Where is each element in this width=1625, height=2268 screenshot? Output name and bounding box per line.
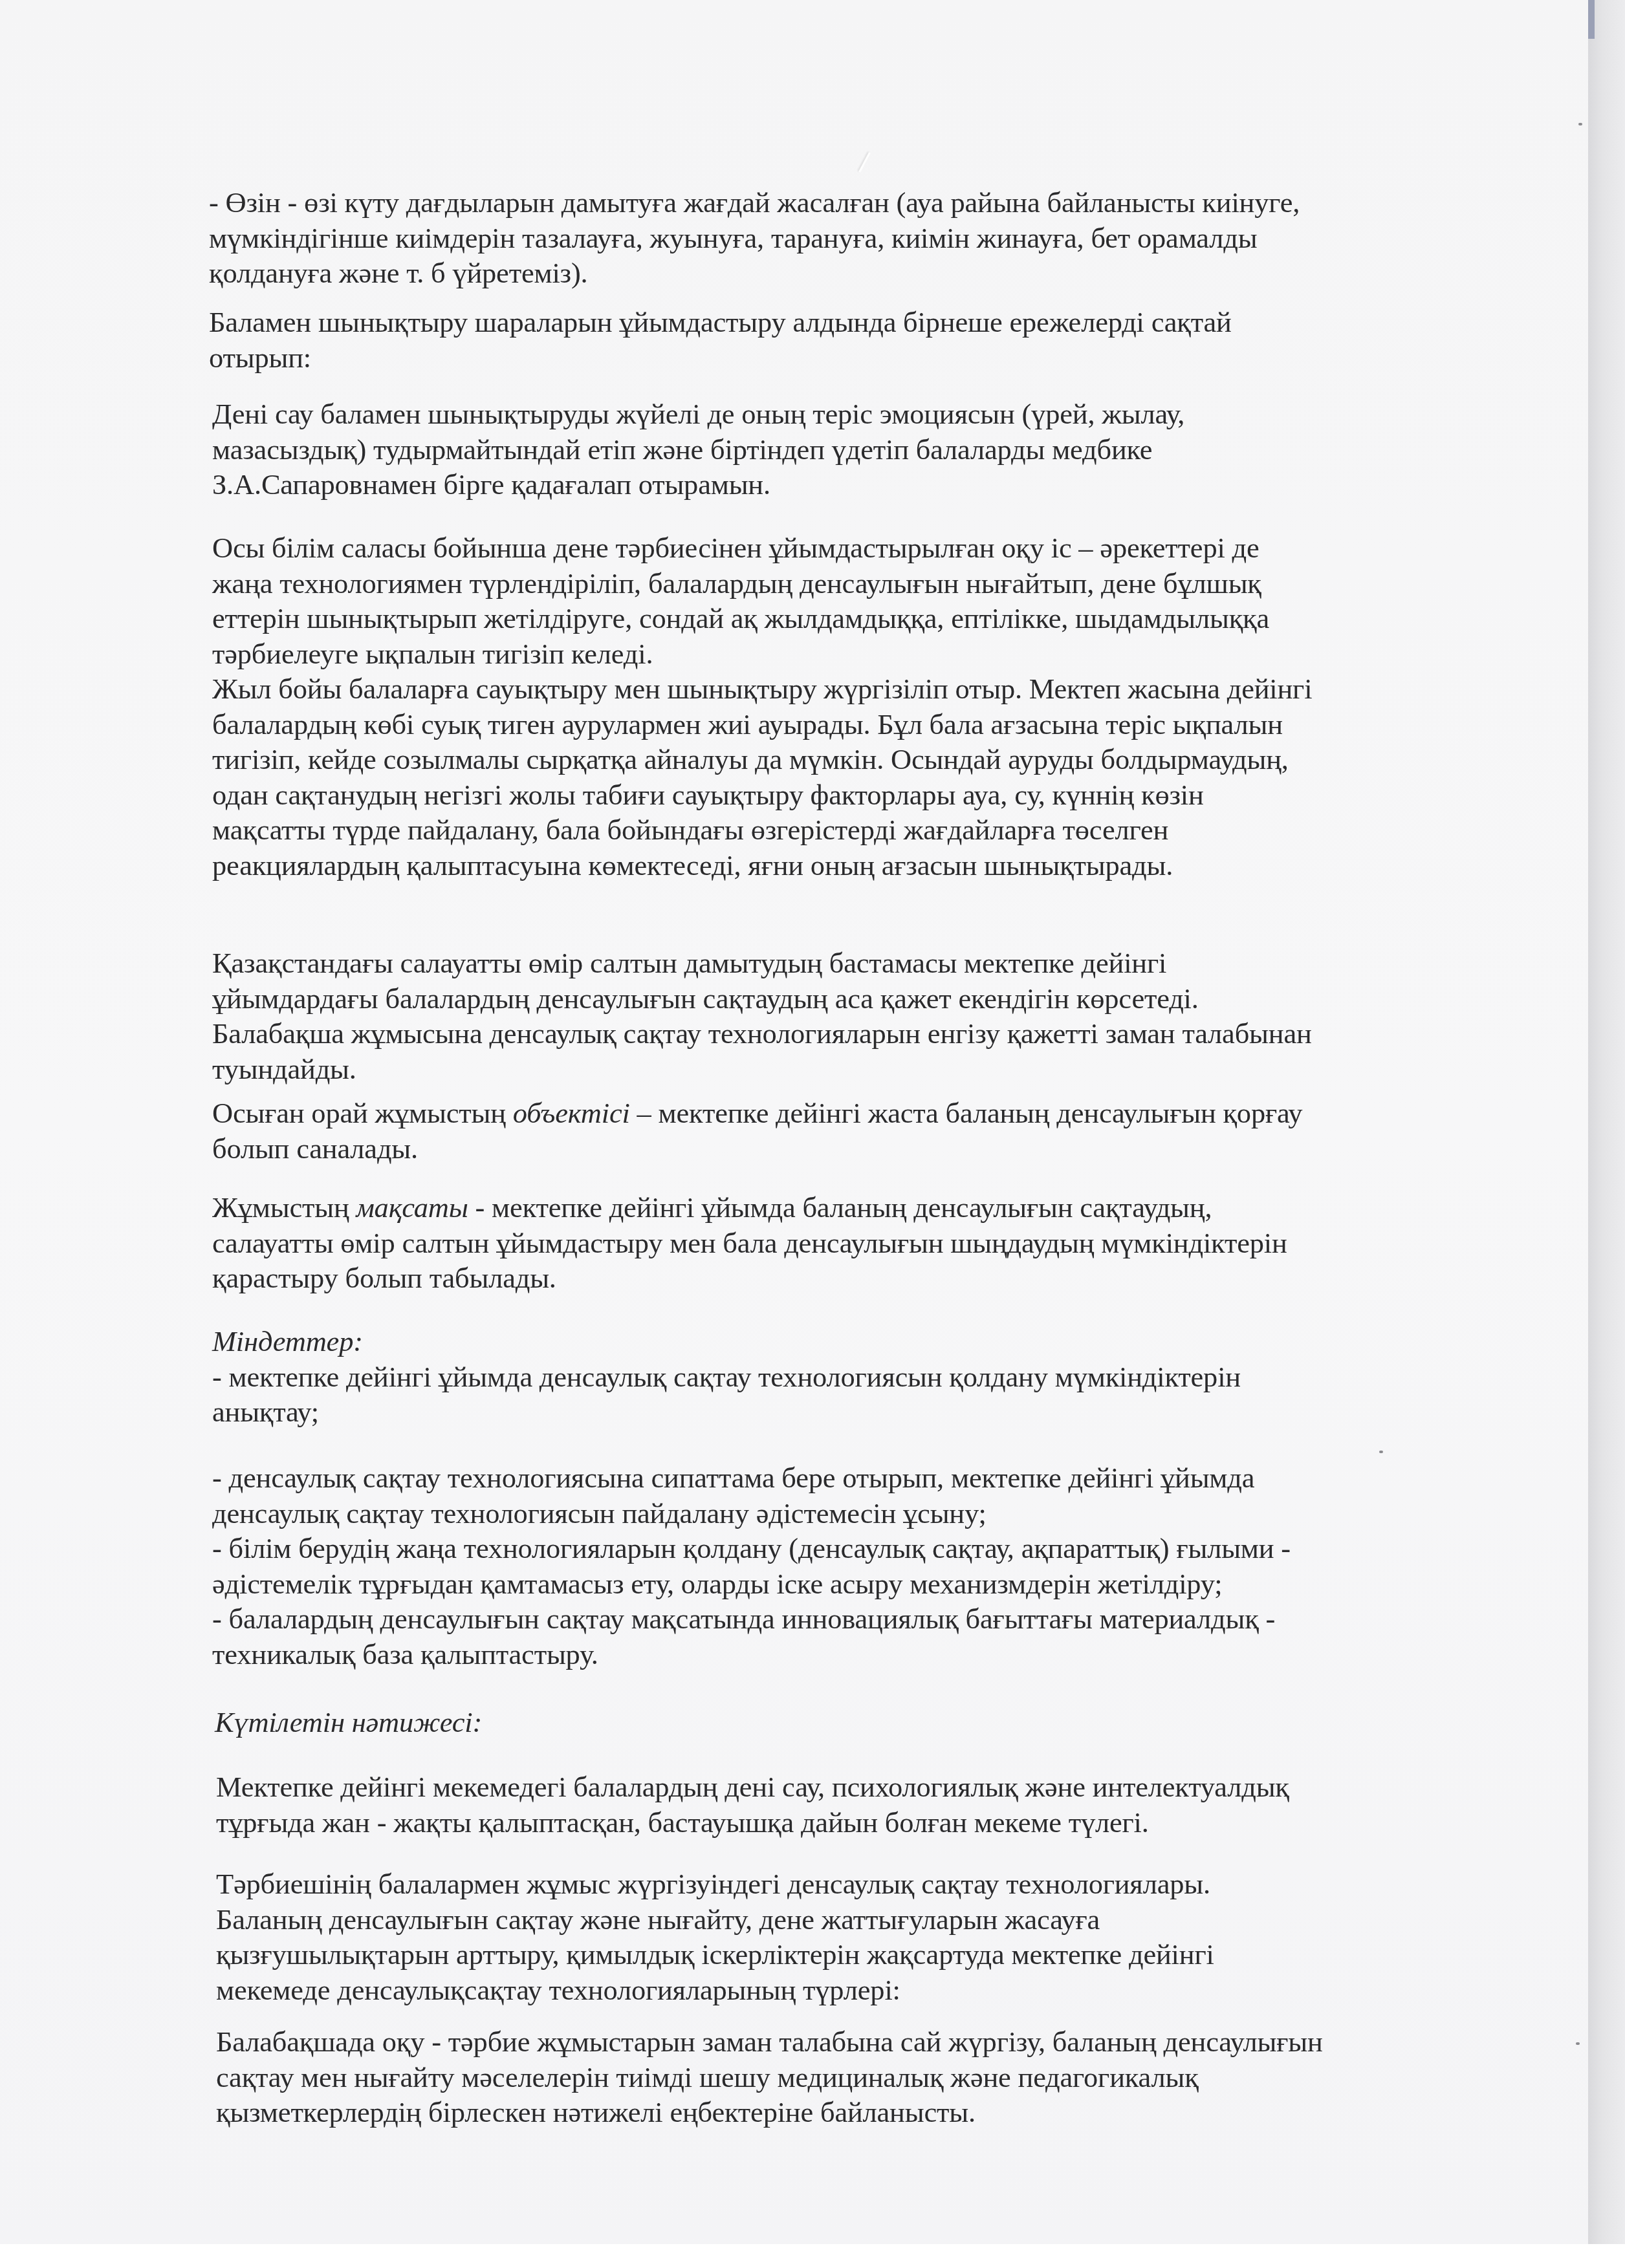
expected-result-heading: Күтілетін нәтижесі: xyxy=(215,1705,482,1740)
text-line: - Өзін - өзі күту дағдыларын дамытуға жа… xyxy=(209,185,1300,221)
text-line: қызметкерлердің бірлескен нәтижелі еңбек… xyxy=(216,2095,1323,2130)
task-item: - білім берудің жаңа технологияларын қол… xyxy=(212,1531,1291,1566)
text-line: қызғушылықтарын арттыру, қимылдық іскерл… xyxy=(216,1937,1214,1972)
text-line: одан сақтанудың негізгі жолы табиғи сауы… xyxy=(212,777,1312,813)
tasks-heading: Міндеттер: xyxy=(212,1324,1241,1359)
scanner-edge-shadow xyxy=(1588,0,1595,39)
speck xyxy=(1576,2042,1580,2045)
text-line: қолдануға және т. б үйретеміз). xyxy=(209,255,1300,291)
tasks-section: Міндеттер: - мектепке дейінгі ұйымда ден… xyxy=(212,1324,1241,1430)
paragraph-healthy-child: Дені сау баламен шынықтыруды жүйелі де о… xyxy=(212,396,1184,502)
text-line: балалардың көбі суық тиген аурулармен жи… xyxy=(212,707,1312,742)
paragraph-goal-of-work: Жұмыстың мақсаты - мектепке дейінгі ұйым… xyxy=(212,1190,1287,1296)
paragraph-educator-technologies: Тәрбиешінің балалармен жұмыс жүргізуінде… xyxy=(216,1866,1214,2007)
text-line: Қазақстандағы салауатты өмір салтын дамы… xyxy=(212,945,1312,981)
text-line: Осыған орай жұмыстың объектісі – мектепк… xyxy=(212,1096,1302,1131)
expected-result-text: Мектепке дейінгі мекемедегі балалардың д… xyxy=(216,1769,1289,1840)
text-run: – мектепке дейінгі жаста баланың денсаул… xyxy=(630,1097,1303,1129)
task-item-continuation: анықтау; xyxy=(212,1394,1241,1430)
text-line: Балабақша жұмысына денсаулық сақтау техн… xyxy=(212,1016,1312,1052)
task-item-continuation: техникалық база қалыптастыру. xyxy=(212,1637,1291,1672)
text-run: Жұмыстың xyxy=(212,1191,356,1224)
text-line: еттерін шынықтырып жетілдіруге, сондай а… xyxy=(212,601,1312,636)
text-line: Мектепке дейінгі мекемедегі балалардың д… xyxy=(216,1769,1289,1805)
text-line: тұрғыда жан - жақты қалыптасқан, бастауы… xyxy=(216,1805,1289,1841)
text-line: тәрбиелеуге ықпалын тигізіп келеді. xyxy=(212,636,1312,672)
task-item-continuation: денсаулық сақтау технологиясын пайдалану… xyxy=(212,1496,1291,1531)
text-line: реакциялардың қалыптасуына көмектеседі, … xyxy=(212,848,1312,883)
text-line: жаңа технологиямен түрлендіріліп, балала… xyxy=(212,566,1312,601)
speck xyxy=(1379,1451,1383,1453)
text-line: Осы білім саласы бойынша дене тәрбиесіне… xyxy=(212,530,1312,566)
text-line: Тәрбиешінің балалармен жұмыс жүргізуінде… xyxy=(216,1866,1214,1902)
task-item: - мектепке дейінгі ұйымда денсаулық сақт… xyxy=(212,1359,1241,1395)
text-line: қарастыру болып табылады. xyxy=(212,1260,1287,1296)
text-line: болып саналады. xyxy=(212,1131,1302,1167)
text-line: мүмкіндігінше киімдерін тазалауға, жуыну… xyxy=(209,221,1300,256)
text-line: Балабақшада оқу - тәрбие жұмыстарын зама… xyxy=(216,2024,1323,2060)
paragraph-kindergarten-cooperation: Балабақшада оқу - тәрбие жұмыстарын зама… xyxy=(216,2024,1323,2130)
text-line: ұйымдардағы балалардың денсаулығын сақта… xyxy=(212,981,1312,1017)
bottom-margin xyxy=(0,2244,1625,2268)
italic-term-goal: мақсаты xyxy=(356,1191,468,1224)
text-line: мазасыздық) тудырмайтындай етіп және бір… xyxy=(212,432,1184,468)
text-line: сақтау мен нығайту мәселелерін тиімді ше… xyxy=(216,2060,1323,2095)
text-line: Жыл бойы балаларға сауықтыру мен шынықты… xyxy=(212,671,1312,707)
text-line: Дені сау баламен шынықтыруды жүйелі де о… xyxy=(212,396,1184,432)
task-item: - балалардың денсаулығын сақтау мақсатын… xyxy=(212,1601,1291,1637)
task-item: - денсаулық сақтау технологиясына сипатт… xyxy=(212,1460,1291,1496)
text-run: - мектепке дейінгі ұйымда баланың денсау… xyxy=(468,1191,1212,1224)
text-line: мақсатты түрде пайдалану, бала бойындағы… xyxy=(212,812,1312,848)
text-run: Осыған орай жұмыстың xyxy=(212,1097,513,1129)
scanner-edge xyxy=(1588,0,1625,2244)
paragraph-kazakhstan-healthy-lifestyle: Қазақстандағы салауатты өмір салтын дамы… xyxy=(212,945,1312,1086)
text-line: отырып: xyxy=(209,340,1232,376)
text-line: З.А.Сапаровнамен бірге қадағалап отырамы… xyxy=(212,467,1184,502)
expected-result-heading-block: Күтілетін нәтижесі: xyxy=(215,1705,482,1740)
text-line: мекемеде денсаулықсақтау технологияларын… xyxy=(216,1972,1214,2008)
text-line: Баламен шынықтыру шараларын ұйымдастыру … xyxy=(209,305,1232,340)
text-line: Баланың денсаулығын сақтау және нығайту,… xyxy=(216,1902,1214,1938)
text-line: салауатты өмір салтын ұйымдастыру мен ба… xyxy=(212,1226,1287,1261)
paragraph-self-care: - Өзін - өзі күту дағдыларын дамытуға жа… xyxy=(209,185,1300,291)
tasks-list: - денсаулық сақтау технологиясына сипатт… xyxy=(212,1460,1291,1672)
paragraph-hardening-rules: Баламен шынықтыру шараларын ұйымдастыру … xyxy=(209,305,1232,375)
text-line: туындайды. xyxy=(212,1052,1312,1087)
speck xyxy=(1578,123,1582,125)
text-line: Жұмыстың мақсаты - мектепке дейінгі ұйым… xyxy=(212,1190,1287,1226)
italic-term-object: объектісі xyxy=(513,1097,630,1129)
task-item-continuation: әдістемелік тұрғыдан қамтамасыз ету, ола… xyxy=(212,1566,1291,1602)
paragraph-physical-education: Осы білім саласы бойынша дене тәрбиесіне… xyxy=(212,530,1312,883)
paragraph-object-of-work: Осыған орай жұмыстың объектісі – мектепк… xyxy=(212,1096,1302,1166)
text-line: тигізіп, кейде созылмалы сырқатқа айналу… xyxy=(212,742,1312,777)
